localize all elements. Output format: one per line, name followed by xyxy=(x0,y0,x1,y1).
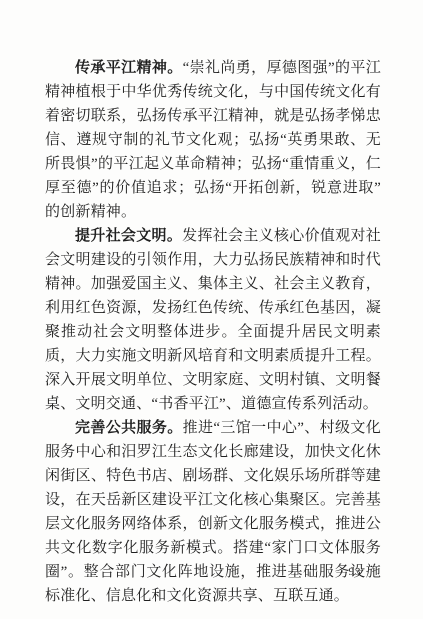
paragraph-text: “崇礼尚勇，厚德图强”的平江精神植根于中华优秀传统文化，与中国传统文化有着密切联… xyxy=(45,60,381,220)
paragraph-tisheng-shehui-wenming: 提升社会文明。发挥社会主义核心价值观对社会文明建设的引领作用，大力弘扬民族精神和… xyxy=(45,224,381,416)
paragraph-chuancheng-pingjiang-jingshen: 传承平江精神。“崇礼尚勇，厚德图强”的平江精神植根于中华优秀传统文化，与中国传统… xyxy=(45,56,381,224)
paragraph-text: 发挥社会主义核心价值观对社会文明建设的引领作用，大力弘扬民族精神和时代精神。加强… xyxy=(45,228,381,412)
paragraph-lead: 传承平江精神。 xyxy=(75,60,183,76)
page-number: · 93 · xyxy=(300,566,410,578)
paragraph-wanshan-gonggong-fuwu: 完善公共服务。推进“三馆一中心”、村级文化服务中心和汨罗江生态文化长廊建设，加快… xyxy=(45,416,381,608)
paragraph-lead: 完善公共服务。 xyxy=(75,420,183,436)
text-body: 传承平江精神。“崇礼尚勇，厚德图强”的平江精神植根于中华优秀传统文化，与中国传统… xyxy=(45,56,381,608)
paragraph-lead: 提升社会文明。 xyxy=(75,228,182,244)
document-page: 传承平江精神。“崇礼尚勇，厚德图强”的平江精神植根于中华优秀传统文化，与中国传统… xyxy=(0,0,423,619)
